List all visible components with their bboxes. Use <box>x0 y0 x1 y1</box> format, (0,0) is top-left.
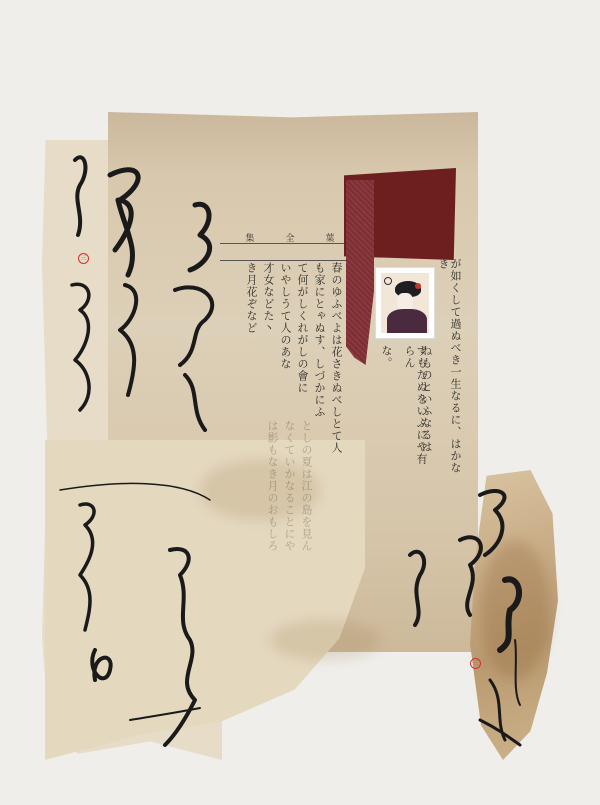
header-char: 葉 <box>325 231 334 244</box>
print-column: も家にとゃぬす、しづかにふ <box>313 262 325 462</box>
ukiyo-e-postage-stamp <box>376 268 434 338</box>
red-seal-mark: 三 <box>470 658 481 669</box>
stamp-artwork <box>381 273 429 333</box>
print-column: な。 <box>380 345 392 385</box>
stamp-mark-icon <box>384 277 392 285</box>
water-stain <box>270 620 380 660</box>
print-column: すもたぬをいふにや有らん <box>403 345 427 465</box>
faint-print-column: としの夏は江の島を見ん <box>300 420 312 600</box>
print-column: が如くして過ぬべき一生なるに、はかなき <box>437 258 461 478</box>
print-column: 春のゆふべよは花さきぬべしとて人 <box>330 262 342 462</box>
kimono <box>387 309 427 333</box>
red-seal-mark: 三 <box>78 253 89 264</box>
header-char: 全 <box>285 231 294 244</box>
page-header: 集 全 葉 <box>230 231 350 244</box>
faint-print-column: なくていかなることにや <box>283 420 295 600</box>
water-stain <box>480 540 550 680</box>
header-rule-bottom <box>220 260 350 261</box>
header-char: 集 <box>245 231 254 244</box>
faint-print-column: は影もなき月のおもしろ <box>266 420 278 600</box>
print-column: き月花ぞなど <box>245 262 257 462</box>
hair-flower <box>415 283 421 289</box>
